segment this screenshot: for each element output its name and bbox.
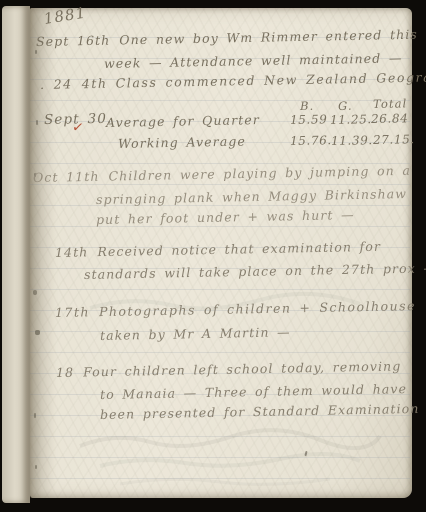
table-row-label: Working Average — [118, 134, 246, 151]
binding-stitch — [35, 330, 40, 335]
column-header-total: Total — [373, 96, 408, 111]
table-cell-total: 26.84 — [371, 111, 409, 126]
table-row-label: Average for Quarter — [106, 112, 260, 130]
table-cell-total: 27.15. — [373, 132, 415, 147]
entry-date: Sept 16th — [36, 33, 111, 49]
previous-page-edge — [2, 6, 30, 503]
entry-date: 14th — [55, 244, 89, 260]
column-header-boys: B. — [300, 99, 315, 113]
entry-date: 18 — [56, 365, 74, 380]
column-header-girls: G. — [338, 99, 353, 113]
logbook-scan: 1881 Sept 16thOne new boy Wm Rimmer ente… — [0, 0, 426, 512]
entry-date: Oct 11th — [33, 169, 100, 185]
check-mark-annotation: ✓ — [71, 119, 86, 137]
entry-date: 17th — [55, 304, 90, 320]
logbook-page: 1881 Sept 16thOne new boy Wm Rimmer ente… — [30, 8, 412, 498]
binding-stitch — [34, 413, 36, 418]
binding-stitch — [35, 465, 37, 469]
table-cell-girls: 11.39. — [331, 133, 373, 148]
table-cell-boys: 15.76. — [290, 133, 332, 148]
table-cell-girls: 11.25. — [330, 112, 372, 127]
binding-stitch — [36, 120, 38, 125]
binding-stitch — [33, 290, 37, 295]
binding-stitch — [35, 50, 37, 54]
entry-date: . 24 — [40, 76, 73, 92]
table-cell-boys: 15.59 — [290, 112, 328, 127]
